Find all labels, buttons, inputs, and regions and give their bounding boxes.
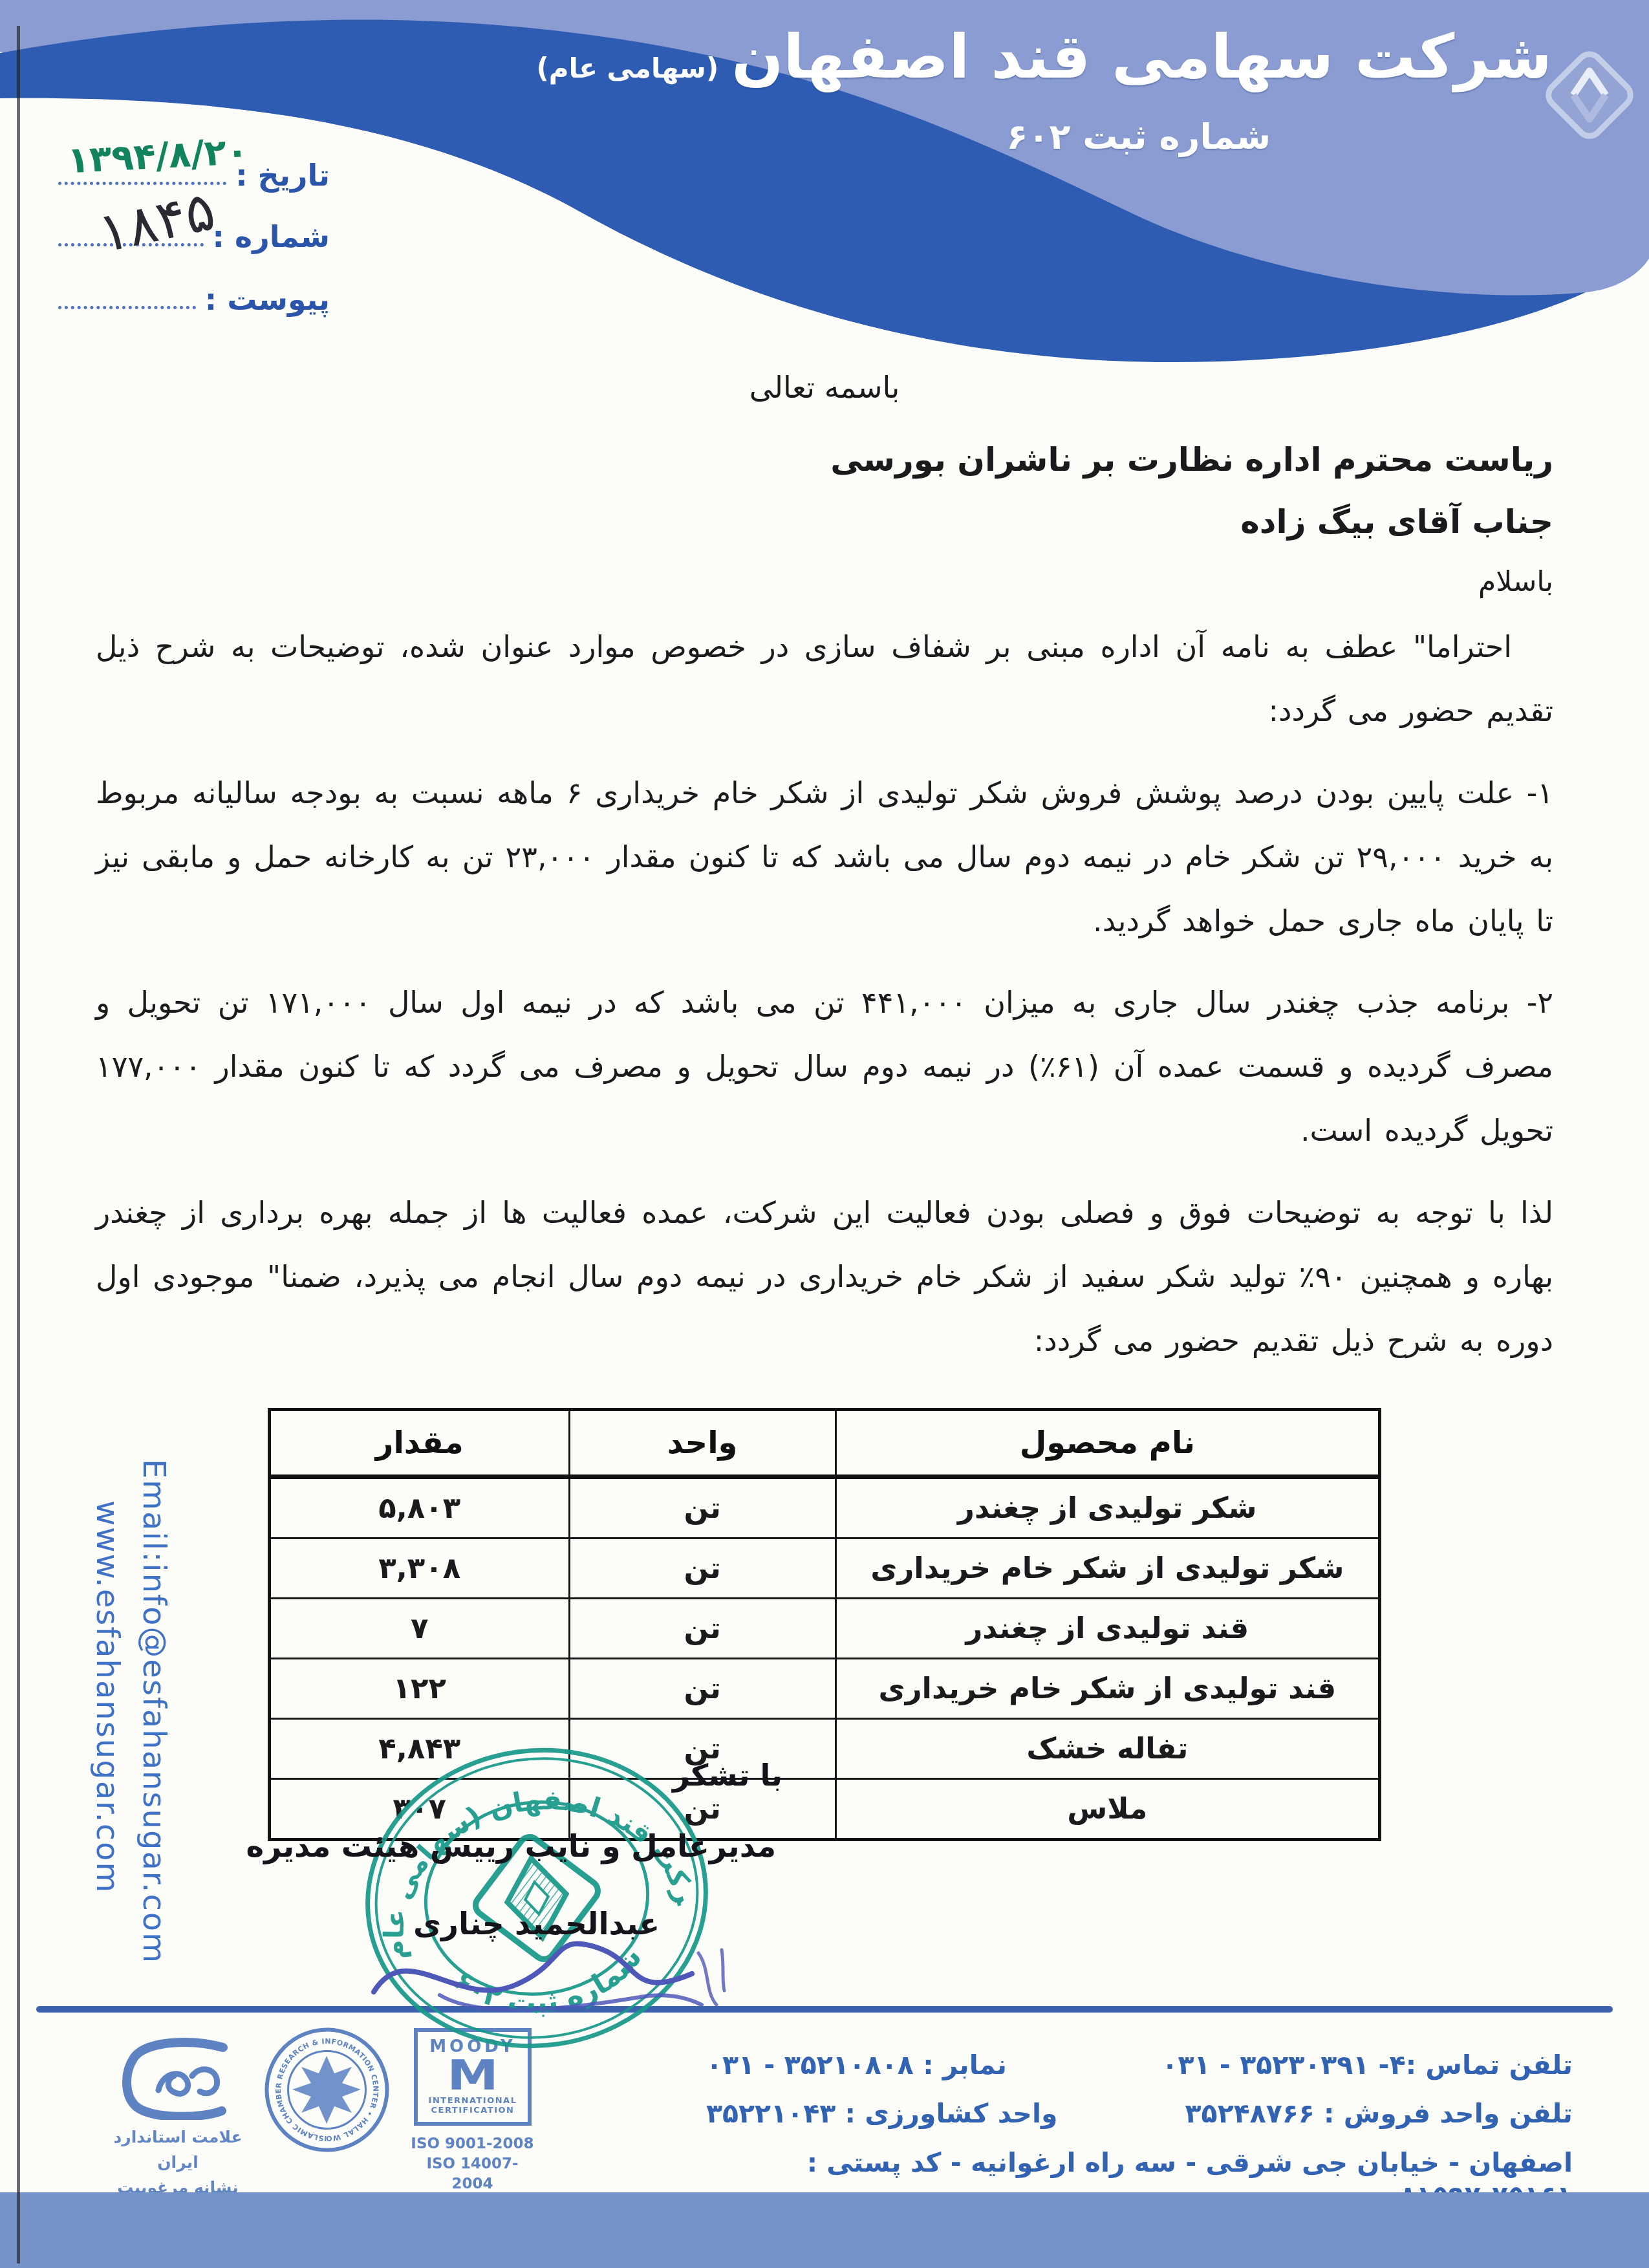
addressee-line1: ریاست محترم اداره نظارت بر ناشران بورسی: [96, 441, 1553, 479]
basmala: باسمه تعالی: [96, 370, 1553, 405]
signature-block: شرکت قند اصفهان (سهامی عام) شماره ثبت ۶۰…: [278, 1746, 873, 2069]
footer-blue-band: [0, 2192, 1649, 2268]
cell-amount: ۵,۸۰۳: [270, 1476, 570, 1538]
col-header-product: نام محصول: [835, 1409, 1379, 1476]
letter-body: باسمه تعالی ریاست محترم اداره نظارت بر ن…: [96, 370, 1553, 1841]
cell-product: قند تولیدی از شکر خام خریداری: [835, 1658, 1379, 1718]
agriculture-phone: واحد کشاورزی : ۳۵۲۲۱۰۴۳: [706, 2097, 1057, 2130]
company-type: (سهامی عام): [537, 52, 719, 84]
contact-row-2: تلفن واحد فروش : ۳۵۲۴۸۷۶۶ واحد کشاورزی :…: [706, 2097, 1573, 2130]
fax-number: نمابر : ۳۵۲۱۰۸۰۸ - ۰۳۱: [706, 2049, 1007, 2082]
contact-row-1: تلفن تماس :۴- ۳۵۲۳۰۳۹۱ - ۰۳۱ نمابر : ۳۵۲…: [706, 2049, 1573, 2082]
paragraph-intro: احتراما" عطف به نامه آن اداره مبنی بر شف…: [96, 615, 1553, 743]
table-row: قند تولیدی از چغندر تن ۷: [270, 1598, 1380, 1658]
scan-edge-artifact: [17, 26, 20, 2263]
cell-unit: تن: [569, 1476, 835, 1538]
website-address-vertical: www.esfahansugar.com: [89, 1500, 125, 1894]
cell-product: قند تولیدی از چغندر: [835, 1598, 1379, 1658]
cell-product: شکر تولیدی از شکر خام خریداری: [835, 1538, 1379, 1598]
standard-caption-line1: علامت استاندارد ایران: [91, 2125, 265, 2176]
attachment-dotted-line: [58, 305, 196, 309]
cell-product: ملاس: [835, 1778, 1379, 1839]
cell-amount: ۷: [270, 1598, 570, 1658]
number-label: شماره :: [213, 222, 330, 252]
table-row: شکر تولیدی از شکر خام خریداری تن ۳,۳۰۸: [270, 1538, 1380, 1598]
cell-product: شکر تولیدی از چغندر: [835, 1476, 1379, 1538]
sales-phone: تلفن واحد فروش : ۳۵۲۴۸۷۶۶: [1185, 2097, 1573, 2130]
paragraph-item2: ۲- برنامه جذب چغندر سال جاری به میزان ۴۴…: [96, 971, 1553, 1163]
scanned-letter-page: شرکت سهامی قند اصفهان (سهامی عام) شماره …: [0, 0, 1649, 2268]
col-header-amount: مقدار: [270, 1409, 570, 1476]
number-row: شماره : ۱۸۴۵: [58, 211, 330, 252]
cell-amount: ۱۲۲: [270, 1658, 570, 1718]
cell-product: تفاله خشک: [835, 1718, 1379, 1778]
iso-line: ISO 9001-2008: [406, 2134, 539, 2154]
iso-line: ISO 14007-2004: [406, 2154, 539, 2194]
signature-title: مدیرعامل و نایب رییس هیئت مدیره: [246, 1829, 776, 1864]
col-header-unit: واحد: [569, 1409, 835, 1476]
salutation: باسلام: [96, 565, 1553, 598]
registration-number: شماره ثبت ۶۰۲: [1006, 116, 1271, 157]
company-logo-icon: [1544, 34, 1635, 169]
date-label: تاریخ :: [235, 160, 330, 190]
signature-thanks: با تشکر: [673, 1758, 782, 1793]
cell-unit: تن: [569, 1598, 835, 1658]
attachment-label: پیوست :: [205, 285, 330, 314]
footer-divider-line: [36, 2006, 1613, 2013]
cell-amount: ۳,۳۰۸: [270, 1538, 570, 1598]
iran-standard-logo-icon: [120, 2036, 233, 2120]
cell-unit: تن: [569, 1658, 835, 1718]
company-name: شرکت سهامی قند اصفهان: [731, 22, 1552, 92]
paragraph-item1: ۱- علت پایین بودن درصد پوشش فروش شکر تول…: [96, 761, 1553, 953]
table-row: شکر تولیدی از چغندر تن ۵,۸۰۳: [270, 1476, 1380, 1538]
date-handwritten-value: ۱۳۹۴/۸/۲۰: [67, 134, 250, 180]
company-title: شرکت سهامی قند اصفهان (سهامی عام): [537, 22, 1552, 92]
table-row: قند تولیدی از شکر خام خریداری تن ۱۲۲: [270, 1658, 1380, 1718]
moody-sub2: CERTIFICATION: [420, 2106, 525, 2115]
addressee-line2: جناب آقای بیگ زاده: [96, 503, 1553, 541]
handwritten-signature: [362, 1914, 737, 2057]
paragraph-closing: لذا با توجه به توضیحات فوق و فصلی بودن ف…: [96, 1181, 1553, 1373]
phone-main: تلفن تماس :۴- ۳۵۲۳۰۳۹۱ - ۰۳۱: [1161, 2049, 1573, 2082]
table-header-row: نام محصول واحد مقدار: [270, 1409, 1380, 1476]
halal-star-emblem: [292, 2056, 361, 2124]
cell-unit: تن: [569, 1538, 835, 1598]
email-address-vertical: Email:info@esfahansugar.com: [136, 1459, 172, 1964]
attachment-row: پیوست :: [58, 274, 330, 314]
footer-contact-block: تلفن تماس :۴- ۳۵۲۳۰۳۹۱ - ۰۳۱ نمابر : ۳۵۲…: [706, 2049, 1573, 2212]
